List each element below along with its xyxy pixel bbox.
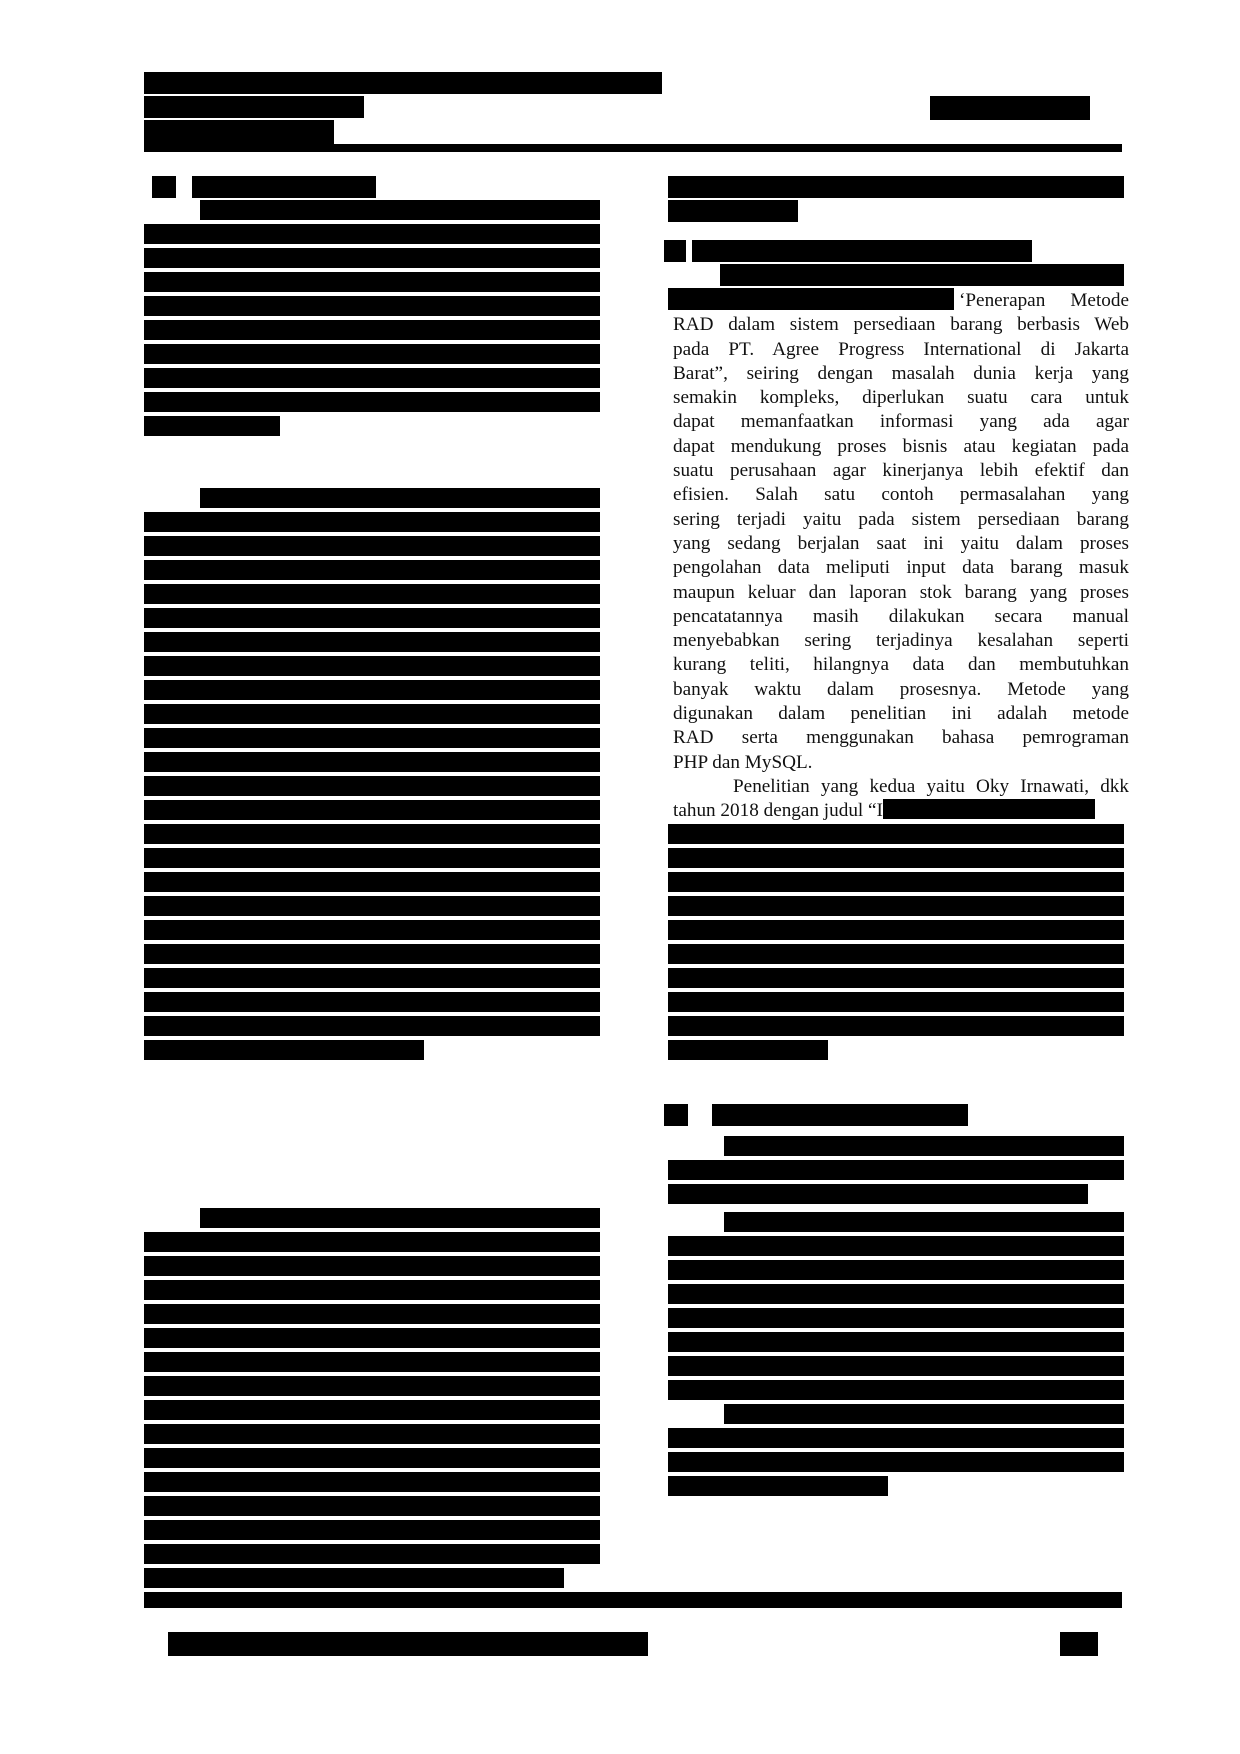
redacted-text-line <box>144 872 600 892</box>
redacted-text-line <box>144 968 600 988</box>
redacted-text-line <box>668 824 1124 844</box>
redacted-text-line <box>144 560 600 580</box>
redacted-text-line <box>144 296 600 316</box>
redacted-text-line <box>200 200 600 220</box>
redacted-text-line <box>144 848 600 868</box>
second-study-line: Penelitian yang kedua yaitu Oky Irnawati… <box>673 775 1129 799</box>
redacted-text-line <box>144 944 600 964</box>
section3-heading-redacted <box>712 1104 968 1126</box>
redacted-text-line <box>668 1160 1124 1180</box>
paragraph-line: Barat”, seiring dengan masalah dunia ker… <box>673 362 1129 386</box>
redacted-text-line <box>144 1016 600 1036</box>
redacted-text-line <box>668 1260 1124 1280</box>
redacted-text-line <box>724 1136 1124 1156</box>
redacted-text-line <box>144 800 600 820</box>
redacted-text-line <box>144 1328 600 1348</box>
paragraph-line: suatu perusahaan agar kinerjanya lebih e… <box>673 459 1129 483</box>
paragraph-line: digunakan dalam penelitian ini adalah me… <box>673 702 1129 726</box>
redacted-text-line <box>144 632 600 652</box>
redacted-text-line <box>144 1568 564 1588</box>
right-top-continuation-redacted <box>668 176 1124 198</box>
paragraph-line: ‘Penerapan Metode <box>673 289 1129 313</box>
footer-page-number-redacted <box>1060 1632 1098 1656</box>
header-journal-title-redacted <box>144 72 662 94</box>
redacted-text-line <box>668 1184 1088 1204</box>
redacted-text-line <box>144 1376 600 1396</box>
redacted-text-line <box>144 1472 600 1492</box>
redacted-text-line <box>144 368 600 388</box>
section-heading-marker-redacted <box>664 240 686 262</box>
redacted-text-line <box>144 656 600 676</box>
paragraph-line: menyebabkan sering terjadinya kesalahan … <box>673 629 1129 653</box>
footer-rule <box>144 1592 1122 1608</box>
redacted-text-line <box>144 1544 600 1564</box>
redacted-text-line <box>668 1428 1124 1448</box>
redacted-text-line <box>200 1208 600 1228</box>
document-page: ‘Penerapan Metode RAD dalam sistem perse… <box>0 0 1240 1754</box>
paragraph-line: RAD serta menggunakan bahasa pemrograman <box>673 726 1129 750</box>
paragraph-line: sering terjadi yaitu pada sistem persedi… <box>673 508 1129 532</box>
redacted-text-line <box>144 272 600 292</box>
redacted-text-line <box>668 1476 888 1496</box>
redacted-text-line <box>144 920 600 940</box>
section2-heading-redacted <box>692 240 1032 262</box>
redacted-text-line <box>144 1352 600 1372</box>
header-issn-redacted <box>930 96 1090 120</box>
redacted-text-line <box>144 1304 600 1324</box>
paragraph-line: maupun keluar dan laporan stok barang ya… <box>673 581 1129 605</box>
redacted-text-line <box>668 1284 1124 1304</box>
redacted-text-line <box>668 1308 1124 1328</box>
redacted-text-line <box>144 1496 600 1516</box>
second-study-title-redacted <box>883 799 1095 819</box>
study1-paragraph: ‘Penerapan Metode RAD dalam sistem perse… <box>673 289 1129 824</box>
redacted-text-line <box>668 1016 1124 1036</box>
section1-heading-redacted <box>192 176 376 198</box>
redacted-text-line <box>668 920 1124 940</box>
redacted-text-line <box>668 896 1124 916</box>
redacted-text-line <box>668 848 1124 868</box>
paragraph-line: dapat memanfaatkan informasi yang ada ag… <box>673 410 1129 434</box>
redacted-text-line <box>668 1452 1124 1472</box>
redacted-text-line <box>668 1332 1124 1352</box>
paragraph-line: efisien. Salah satu contoh permasalahan … <box>673 483 1129 507</box>
section2-intro-redacted-1 <box>720 264 1124 286</box>
redacted-text-line <box>144 1232 600 1252</box>
redacted-text-line <box>144 1280 600 1300</box>
redacted-text-line <box>200 488 600 508</box>
header-volume-redacted <box>144 96 364 118</box>
header-line3-redacted <box>144 120 334 144</box>
redacted-text-line <box>144 776 600 796</box>
redacted-text-line <box>144 536 600 556</box>
header-rule <box>144 144 1122 152</box>
redacted-text-line <box>668 872 1124 892</box>
second-study-prefix-text: tahun 2018 dengan judul “I <box>673 800 883 821</box>
footer-citation-redacted <box>168 1632 648 1656</box>
redacted-text-line <box>668 944 1124 964</box>
redacted-text-line <box>724 1212 1124 1232</box>
redacted-text-line <box>144 224 600 244</box>
redacted-text-line <box>144 1040 424 1060</box>
redacted-text-line <box>144 320 600 340</box>
redacted-text-line <box>668 1040 828 1060</box>
right-top-continuation-redacted-2 <box>668 200 798 222</box>
paragraph-line: pencatatannya masih dilakukan secara man… <box>673 605 1129 629</box>
paragraph-line: dapat mendukung proses bisnis atau kegia… <box>673 435 1129 459</box>
paragraph-line: kurang teliti, hilangnya data dan membut… <box>673 653 1129 677</box>
redacted-text-line <box>144 680 600 700</box>
redacted-text-line <box>144 824 600 844</box>
paragraph-line: pada PT. Agree Progress International di… <box>673 338 1129 362</box>
redacted-text-line <box>144 248 600 268</box>
redacted-text-line <box>144 584 600 604</box>
redacted-text-line <box>144 1400 600 1420</box>
redacted-text-line <box>144 608 600 628</box>
redacted-text-line <box>144 392 600 412</box>
redacted-text-line <box>144 728 600 748</box>
redacted-text-line <box>144 992 600 1012</box>
redacted-text-line <box>668 1356 1124 1376</box>
redacted-text-line <box>144 704 600 724</box>
redacted-text-line <box>144 344 600 364</box>
redacted-text-line <box>668 992 1124 1012</box>
redacted-text-line <box>144 1424 600 1444</box>
redacted-text-line <box>668 1236 1124 1256</box>
paragraph-line: banyak waktu dalam prosesnya. Metode yan… <box>673 678 1129 702</box>
redacted-text-line <box>668 1380 1124 1400</box>
redacted-text-line <box>144 1256 600 1276</box>
paragraph-line: PHP dan MySQL. <box>673 751 1129 775</box>
paragraph-line: pengolahan data meliputi input data bara… <box>673 556 1129 580</box>
paragraph-line: RAD dalam sistem persediaan barang berba… <box>673 313 1129 337</box>
redacted-text-line <box>144 416 280 436</box>
redacted-text-line <box>144 512 600 532</box>
redacted-text-line <box>668 968 1124 988</box>
section3-marker-redacted <box>664 1104 688 1126</box>
section1-marker-redacted <box>152 176 176 198</box>
redacted-text-line <box>144 1520 600 1540</box>
redacted-text-line <box>144 896 600 916</box>
redacted-text-line <box>724 1404 1124 1424</box>
redacted-text-line <box>144 752 600 772</box>
second-study-line-prefix: tahun 2018 dengan judul “I <box>673 799 1129 823</box>
paragraph-line: semakin kompleks, diperlukan suatu cara … <box>673 386 1129 410</box>
redacted-text-line <box>144 1448 600 1468</box>
paragraph-line: yang sedang berjalan saat ini yaitu dala… <box>673 532 1129 556</box>
